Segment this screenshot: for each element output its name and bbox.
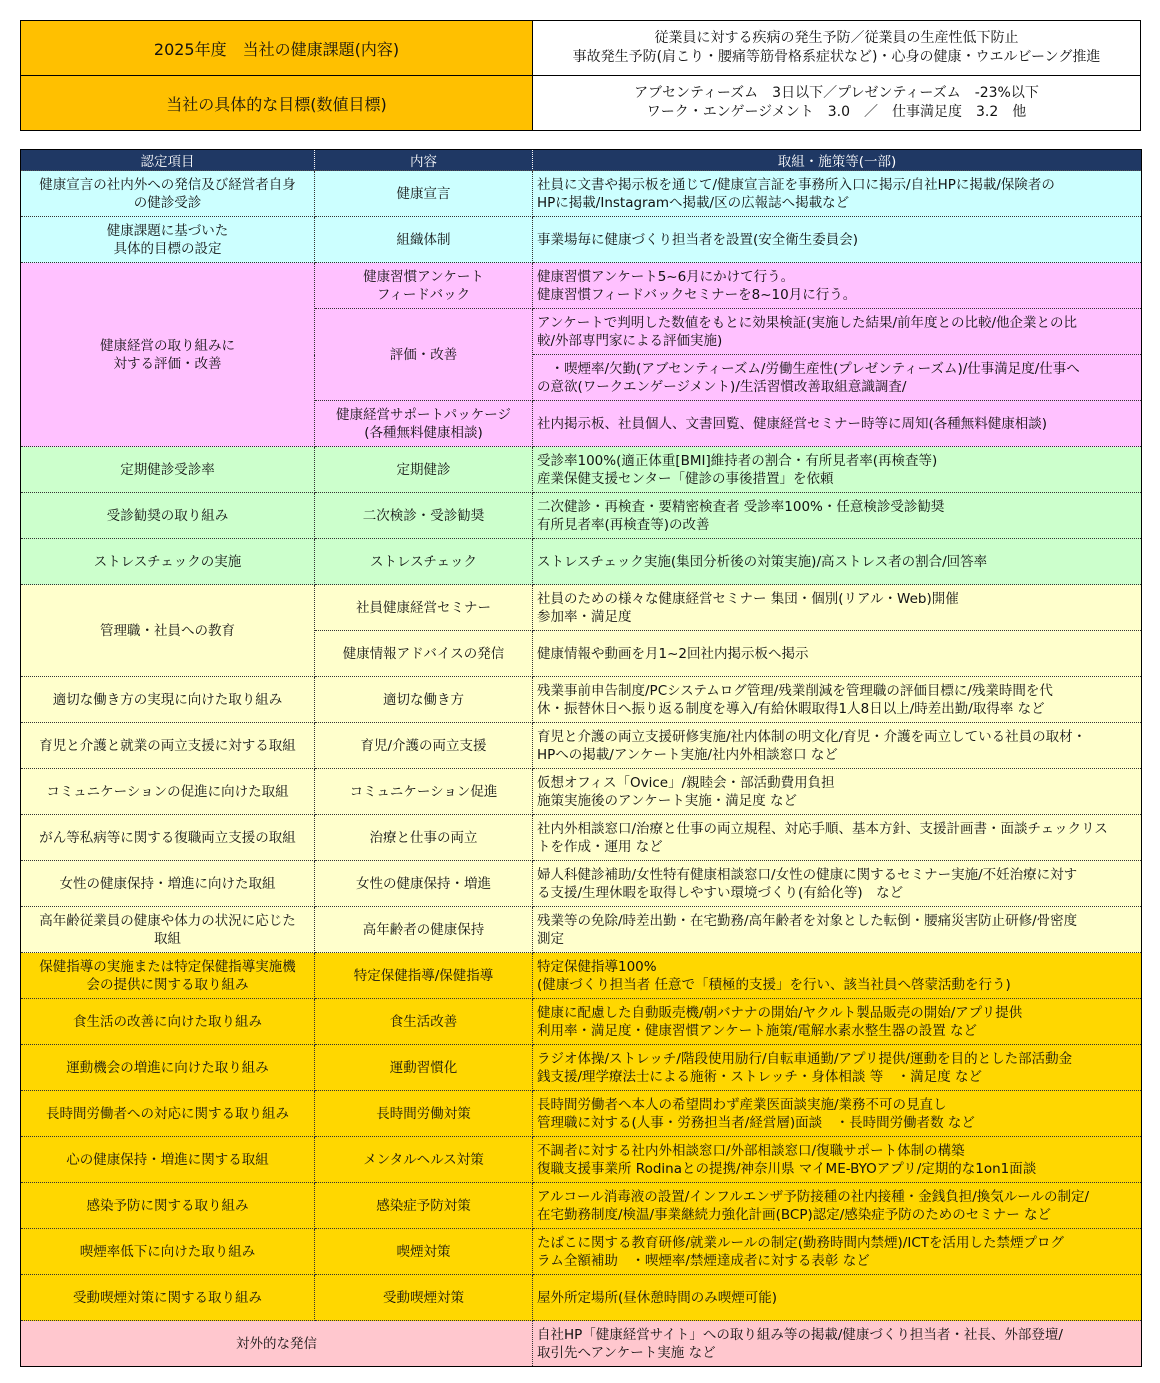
measures-cell: ストレスチェック実施(集団分析後の対策実施)/高ストレス者の割合/回答率 xyxy=(533,539,1142,585)
measures-text: 有所見者率(再検査等)の改善 xyxy=(537,516,1137,534)
measures-text: 参加率・満足度 xyxy=(537,608,1137,626)
item-cell: コミュニケーションの促進に向けた取組 xyxy=(21,769,315,815)
measures-text: 健康習慣アンケート5~6月にかけて行う。 xyxy=(537,268,1137,286)
table-header-row: 認定項目 内容 取組・施策等(一部) xyxy=(21,150,1142,171)
measures-cell: 仮想オフィス「Ovice」/親睦会・部活動費用負担施策実施後のアンケート実施・満… xyxy=(533,769,1142,815)
table-row: 長時間労働者への対応に関する取り組み 長時間労働対策 長時間労働者へ本人の希望問… xyxy=(21,1091,1142,1137)
measures-cell: 二次健診・再検査・要精密検査者 受診率100%・任意検診受診勧奨有所見者率(再検… xyxy=(533,493,1142,539)
item-cell: 長時間労働者への対応に関する取り組み xyxy=(21,1091,315,1137)
measures-text: 社員のための様々な健康経営セミナー 集団・個別(リアル・Web)開催 xyxy=(537,590,1137,608)
content-text: (各種無料健康相談) xyxy=(319,424,528,442)
item-cell: 食生活の改善に向けた取り組み xyxy=(21,999,315,1045)
measures-text: 社員に文書や掲示板を通じて/健康宣言証を事務所入口に掲示/自社HPに掲載/保険者… xyxy=(537,176,1137,194)
measures-cell: 婦人科健診補助/女性特有健康相談窓口/女性の健康に関するセミナー実施/不妊治療に… xyxy=(533,861,1142,907)
summary-line: アブセンティーズム 3日以下／プレゼンティーズム -23%以下 xyxy=(533,84,1140,103)
item-cell: 心の健康保持・増進に関する取組 xyxy=(21,1137,315,1183)
table-row: 運動機会の増進に向けた取り組み 運動習慣化 ラジオ体操/ストレッチ/階段使用励行… xyxy=(21,1045,1142,1091)
content-text: 健康習慣アンケート xyxy=(319,268,528,286)
measures-cell: たばこに関する教育研修/就業ルールの制定(勤務時間内禁煙)/ICTを活用した禁煙… xyxy=(533,1229,1142,1275)
table-row: 保健指導の実施または特定保健指導実施機会の提供に関する取り組み 特定保健指導/保… xyxy=(21,953,1142,999)
measures-text: 二次健診・再検査・要精密検査者 受診率100%・任意検診受診勧奨 xyxy=(537,498,1137,516)
content-cell: 健康習慣アンケートフィードバック xyxy=(315,263,533,309)
measures-cell: 社員に文書や掲示板を通じて/健康宣言証を事務所入口に掲示/自社HPに掲載/保険者… xyxy=(533,171,1142,217)
content-cell: 定期健診 xyxy=(315,447,533,493)
measures-text: 受診率100%(適正体重[BMI]維持者の割合・有所見者率(再検査等) xyxy=(537,452,1137,470)
table-row: 受動喫煙対策に関する取り組み 受動喫煙対策 屋外所定場所(昼休憩時間のみ喫煙可能… xyxy=(21,1275,1142,1321)
table-row: 食生活の改善に向けた取り組み 食生活改善 健康に配慮した自動販売機/朝バナナの開… xyxy=(21,999,1142,1045)
measures-cell: 社内掲示板、社員個人、文書回覧、健康経営セミナー時等に周知(各種無料健康相談) xyxy=(533,401,1142,447)
content-cell: 喫煙対策 xyxy=(315,1229,533,1275)
measures-cell: 屋外所定場所(昼休憩時間のみ喫煙可能) xyxy=(533,1275,1142,1321)
item-text: 具体的目標の設定 xyxy=(25,240,310,258)
item-text: の健診受診 xyxy=(25,194,310,212)
summary-value-issues: 従業員に対する疾病の発生予防／従業員の生産性低下防止 事故発生予防(肩こり・腰痛… xyxy=(533,21,1141,76)
item-cell: 受動喫煙対策に関する取り組み xyxy=(21,1275,315,1321)
item-text: 健康経営の取り組みに xyxy=(25,337,310,355)
content-cell: 運動習慣化 xyxy=(315,1045,533,1091)
content-cell: 特定保健指導/保健指導 xyxy=(315,953,533,999)
table-row: 定期健診受診率 定期健診 受診率100%(適正体重[BMI]維持者の割合・有所見… xyxy=(21,447,1142,493)
item-cell: ストレスチェックの実施 xyxy=(21,539,315,585)
table-row: 健康課題に基づいた具体的目標の設定 組織体制 事業場毎に健康づくり担当者を設置(… xyxy=(21,217,1142,263)
item-cell: 喫煙率低下に向けた取り組み xyxy=(21,1229,315,1275)
measures-text: 残業等の免除/時差出勤・在宅勤務/高年齢者を対象とした転倒・腰痛災害防止研修/骨… xyxy=(537,912,1137,930)
item-text: 保健指導の実施または特定保健指導実施機 xyxy=(25,958,310,976)
content-cell: 評価・改善 xyxy=(315,309,533,401)
table-row: 健康宣言の社内外への発信及び経営者自身の健診受診 健康宣言 社員に文書や掲示板を… xyxy=(21,171,1142,217)
measures-cell: 特定保健指導100%(健康づくり担当者 任意で「積極的支援」を行い、該当社員へ啓… xyxy=(533,953,1142,999)
measures-text: 測定 xyxy=(537,930,1137,948)
table-row: 育児と介護と就業の両立支援に対する取組 育児/介護の両立支援 育児と介護の両立支… xyxy=(21,723,1142,769)
content-cell: 長時間労働対策 xyxy=(315,1091,533,1137)
table-row: 高年齢従業員の健康や体力の状況に応じた取組 高年齢者の健康保持 残業等の免除/時… xyxy=(21,907,1142,953)
measures-text: 特定保健指導100% xyxy=(537,958,1137,976)
table-row: 管理職・社員への教育 社員健康経営セミナー 社員のための様々な健康経営セミナー … xyxy=(21,585,1142,631)
measures-text: 銭支援/理学療法士による施術・ストレッチ・身体相談 等 ・満足度 など xyxy=(537,1068,1137,1086)
measures-text: アンケートで判明した数値をもとに効果検証(実施した結果/前年度との比較/他企業と… xyxy=(537,314,1137,332)
content-cell: 健康宣言 xyxy=(315,171,533,217)
item-cell: 対外的な発信 xyxy=(21,1321,533,1367)
measures-text: 仮想オフィス「Ovice」/親睦会・部活動費用負担 xyxy=(537,774,1137,792)
table-row: 心の健康保持・増進に関する取組 メンタルヘルス対策 不調者に対する社内外相談窓口… xyxy=(21,1137,1142,1183)
item-cell: 育児と介護と就業の両立支援に対する取組 xyxy=(21,723,315,769)
table-row: ストレスチェックの実施 ストレスチェック ストレスチェック実施(集団分析後の対策… xyxy=(21,539,1142,585)
content-cell: 女性の健康保持・増進 xyxy=(315,861,533,907)
measures-cell: ・喫煙率/欠勤(アブセンティーズム/労働生産性(プレゼンティーズム)/仕事満足度… xyxy=(533,355,1142,401)
item-cell: 管理職・社員への教育 xyxy=(21,585,315,677)
table-row: 対外的な発信 自社HP「健康経営サイト」への取り組み等の掲載/健康づくり担当者・… xyxy=(21,1321,1142,1367)
measures-text: 残業事前申告制度/PCシステムログ管理/残業削減を管理職の評価目標に/残業時間を… xyxy=(537,682,1137,700)
header-content: 内容 xyxy=(315,150,533,171)
measures-text: 管理職に対する(人事・労務担当者/経営層)面談 ・長時間労働者数 など xyxy=(537,1114,1137,1132)
item-text: 会の提供に関する取り組み xyxy=(25,976,310,994)
measures-text: 不調者に対する社内外相談窓口/外部相談窓口/復職サポート体制の構築 xyxy=(537,1142,1137,1160)
measures-cell: 健康に配慮した自動販売機/朝バナナの開始/ヤクルト製品販売の開始/アプリ提供利用… xyxy=(533,999,1142,1045)
summary-row-issues: 2025年度 当社の健康課題(内容) 従業員に対する疾病の発生予防／従業員の生産… xyxy=(21,21,1141,76)
summary-row-targets: 当社の具体的な目標(数値目標) アブセンティーズム 3日以下／プレゼンティーズム… xyxy=(21,76,1141,131)
header-measures: 取組・施策等(一部) xyxy=(533,150,1142,171)
measures-cell: 事業場毎に健康づくり担当者を設置(安全衛生委員会) xyxy=(533,217,1142,263)
table-row: 受診勧奨の取り組み 二次検診・受診勧奨 二次健診・再検査・要精密検査者 受診率1… xyxy=(21,493,1142,539)
item-cell: 健康課題に基づいた具体的目標の設定 xyxy=(21,217,315,263)
item-cell: 受診勧奨の取り組み xyxy=(21,493,315,539)
measures-text: HPに掲載/Instagramへ掲載/区の広報誌へ掲載など xyxy=(537,194,1137,212)
item-cell: 女性の健康保持・増進に向けた取組 xyxy=(21,861,315,907)
content-cell: 健康経営サポートパッケージ(各種無料健康相談) xyxy=(315,401,533,447)
measures-cell: 不調者に対する社内外相談窓口/外部相談窓口/復職サポート体制の構築復職支援事業所… xyxy=(533,1137,1142,1183)
measures-cell: 残業等の免除/時差出勤・在宅勤務/高年齢者を対象とした転倒・腰痛災害防止研修/骨… xyxy=(533,907,1142,953)
content-cell: 治療と仕事の両立 xyxy=(315,815,533,861)
measures-text: 自社HP「健康経営サイト」への取り組み等の掲載/健康づくり担当者・社長、外部登壇… xyxy=(537,1326,1137,1344)
table-row: 適切な働き方の実現に向けた取り組み 適切な働き方 残業事前申告制度/PCシステム… xyxy=(21,677,1142,723)
measures-text: 健康に配慮した自動販売機/朝バナナの開始/ヤクルト製品販売の開始/アプリ提供 xyxy=(537,1004,1137,1022)
item-cell: 健康宣言の社内外への発信及び経営者自身の健診受診 xyxy=(21,171,315,217)
content-cell: 適切な働き方 xyxy=(315,677,533,723)
item-text: 健康宣言の社内外への発信及び経営者自身 xyxy=(25,176,310,194)
measures-text: 利用率・満足度・健康習慣アンケート施策/電解水素水整生器の設置 など xyxy=(537,1022,1137,1040)
measures-text: (健康づくり担当者 任意で「積極的支援」を行い、該当社員へ啓蒙活動を行う) xyxy=(537,976,1137,994)
table-row: 感染予防に関する取り組み 感染症予防対策 アルコール消毒液の設置/インフルエンザ… xyxy=(21,1183,1142,1229)
measures-text: HPへの掲載/アンケート実施/社内外相談窓口 など xyxy=(537,746,1137,764)
content-cell: 組織体制 xyxy=(315,217,533,263)
table-row: 喫煙率低下に向けた取り組み 喫煙対策 たばこに関する教育研修/就業ルールの制定(… xyxy=(21,1229,1142,1275)
measures-text: ラム全額補助 ・喫煙率/禁煙達成者に対する表彰 など xyxy=(537,1252,1137,1270)
content-cell: 育児/介護の両立支援 xyxy=(315,723,533,769)
measures-text: 取引先へアンケート実施 など xyxy=(537,1344,1137,1362)
item-cell: 適切な働き方の実現に向けた取り組み xyxy=(21,677,315,723)
measures-text: 休・振替休日へ振り返る制度を導入/有給休暇取得1人8日以上/時差出勤/取得率 な… xyxy=(537,700,1137,718)
health-issue-summary-table: 2025年度 当社の健康課題(内容) 従業員に対する疾病の発生予防／従業員の生産… xyxy=(20,20,1141,131)
content-text: 健康経営サポートパッケージ xyxy=(319,406,528,424)
item-cell: 保健指導の実施または特定保健指導実施機会の提供に関する取り組み xyxy=(21,953,315,999)
summary-label-targets: 当社の具体的な目標(数値目標) xyxy=(21,76,533,131)
content-cell: 健康情報アドバイスの発信 xyxy=(315,631,533,677)
measures-text: トを作成・運用 など xyxy=(537,838,1137,856)
measures-cell: 育児と介護の両立支援研修実施/社内体制の明文化/育児・介護を両立している社員の取… xyxy=(533,723,1142,769)
item-cell: 運動機会の増進に向けた取り組み xyxy=(21,1045,315,1091)
table-row: 健康経営の取り組みに対する評価・改善 健康習慣アンケートフィードバック 健康習慣… xyxy=(21,263,1142,309)
measures-cell: 健康習慣アンケート5~6月にかけて行う。健康習慣フィードバックセミナーを8~10… xyxy=(533,263,1142,309)
measures-cell: 社員のための様々な健康経営セミナー 集団・個別(リアル・Web)開催参加率・満足… xyxy=(533,585,1142,631)
summary-value-targets: アブセンティーズム 3日以下／プレゼンティーズム -23%以下 ワーク・エンゲー… xyxy=(533,76,1141,131)
item-cell: がん等私病等に関する復職両立支援の取組 xyxy=(21,815,315,861)
item-text: 健康課題に基づいた xyxy=(25,222,310,240)
content-cell: 感染症予防対策 xyxy=(315,1183,533,1229)
certification-items-table: 認定項目 内容 取組・施策等(一部) 健康宣言の社内外への発信及び経営者自身の健… xyxy=(20,149,1142,1367)
item-cell: 定期健診受診率 xyxy=(21,447,315,493)
measures-text: 育児と介護の両立支援研修実施/社内体制の明文化/育児・介護を両立している社員の取… xyxy=(537,728,1137,746)
measures-text: たばこに関する教育研修/就業ルールの制定(勤務時間内禁煙)/ICTを活用した禁煙… xyxy=(537,1234,1137,1252)
measures-cell: 残業事前申告制度/PCシステムログ管理/残業削減を管理職の評価目標に/残業時間を… xyxy=(533,677,1142,723)
summary-label-issues: 2025年度 当社の健康課題(内容) xyxy=(21,21,533,76)
content-cell: ストレスチェック xyxy=(315,539,533,585)
measures-text: 健康習慣フィードバックセミナーを8~10月に行う。 xyxy=(537,286,1137,304)
content-cell: 高年齢者の健康保持 xyxy=(315,907,533,953)
item-text: 高年齢従業員の健康や体力の状況に応じた xyxy=(25,912,310,930)
measures-text: 在宅勤務制度/検温/事業継続力強化計画(BCP)認定/感染症予防のためのセミナー… xyxy=(537,1206,1137,1224)
table-row: がん等私病等に関する復職両立支援の取組 治療と仕事の両立 社内外相談窓口/治療と… xyxy=(21,815,1142,861)
measures-cell: 長時間労働者へ本人の希望問わず産業医面談実施/業務不可の見直し管理職に対する(人… xyxy=(533,1091,1142,1137)
measures-text: の意欲(ワークエンゲージメント)/生活習慣改善取組意識調査/ xyxy=(537,378,1137,396)
content-cell: 食生活改善 xyxy=(315,999,533,1045)
summary-line: ワーク・エンゲージメント 3.0 ／ 仕事満足度 3.2 他 xyxy=(533,103,1140,122)
measures-text: 産業保健支援センター「健診の事後措置」を依頼 xyxy=(537,470,1137,488)
item-cell: 健康経営の取り組みに対する評価・改善 xyxy=(21,263,315,447)
measures-cell: 自社HP「健康経営サイト」への取り組み等の掲載/健康づくり担当者・社長、外部登壇… xyxy=(533,1321,1142,1367)
table-row: コミュニケーションの促進に向けた取組 コミュニケーション促進 仮想オフィス「Ov… xyxy=(21,769,1142,815)
measures-text: ラジオ体操/ストレッチ/階段使用励行/自転車通勤/アプリ提供/運動を目的とした部… xyxy=(537,1050,1137,1068)
item-cell: 感染予防に関する取り組み xyxy=(21,1183,315,1229)
content-cell: 二次検診・受診勧奨 xyxy=(315,493,533,539)
measures-cell: ラジオ体操/ストレッチ/階段使用励行/自転車通勤/アプリ提供/運動を目的とした部… xyxy=(533,1045,1142,1091)
measures-text: 復職支援事業所 Rodinaとの提携/神奈川県 マイME-BYOアプリ/定期的な… xyxy=(537,1160,1137,1178)
measures-text: 社内外相談窓口/治療と仕事の両立規程、対応手順、基本方針、支援計画書・面談チェッ… xyxy=(537,820,1137,838)
measures-cell: アルコール消毒液の設置/インフルエンザ予防接種の社内接種・金銭負担/換気ルールの… xyxy=(533,1183,1142,1229)
measures-text: ・喫煙率/欠勤(アブセンティーズム/労働生産性(プレゼンティーズム)/仕事満足度… xyxy=(537,360,1137,378)
content-cell: 社員健康経営セミナー xyxy=(315,585,533,631)
table-row: 女性の健康保持・増進に向けた取組 女性の健康保持・増進 婦人科健診補助/女性特有… xyxy=(21,861,1142,907)
content-cell: 受動喫煙対策 xyxy=(315,1275,533,1321)
measures-text: 長時間労働者へ本人の希望問わず産業医面談実施/業務不可の見直し xyxy=(537,1096,1137,1114)
item-text: 取組 xyxy=(25,930,310,948)
content-text: フィードバック xyxy=(319,286,528,304)
measures-cell: 社内外相談窓口/治療と仕事の両立規程、対応手順、基本方針、支援計画書・面談チェッ… xyxy=(533,815,1142,861)
measures-cell: 健康情報や動画を月1~2回社内掲示板へ掲示 xyxy=(533,631,1142,677)
measures-text: 施策実施後のアンケート実施・満足度 など xyxy=(537,792,1137,810)
item-text: 対する評価・改善 xyxy=(25,355,310,373)
content-cell: メンタルヘルス対策 xyxy=(315,1137,533,1183)
header-certification-item: 認定項目 xyxy=(21,150,315,171)
measures-cell: 受診率100%(適正体重[BMI]維持者の割合・有所見者率(再検査等)産業保健支… xyxy=(533,447,1142,493)
summary-line: 従業員に対する疾病の発生予防／従業員の生産性低下防止 xyxy=(533,29,1140,48)
measures-text: 較/外部専門家による評価実施) xyxy=(537,332,1137,350)
measures-text: る支援/生理休暇を取得しやすい環境づくり(有給化等) など xyxy=(537,884,1137,902)
content-cell: コミュニケーション促進 xyxy=(315,769,533,815)
item-cell: 高年齢従業員の健康や体力の状況に応じた取組 xyxy=(21,907,315,953)
measures-text: 婦人科健診補助/女性特有健康相談窓口/女性の健康に関するセミナー実施/不妊治療に… xyxy=(537,866,1137,884)
measures-text: アルコール消毒液の設置/インフルエンザ予防接種の社内接種・金銭負担/換気ルールの… xyxy=(537,1188,1137,1206)
summary-line: 事故発生予防(肩こり・腰痛等筋骨格系症状など)・心身の健康・ウエルビーング推進 xyxy=(533,48,1140,67)
measures-cell: アンケートで判明した数値をもとに効果検証(実施した結果/前年度との比較/他企業と… xyxy=(533,309,1142,355)
